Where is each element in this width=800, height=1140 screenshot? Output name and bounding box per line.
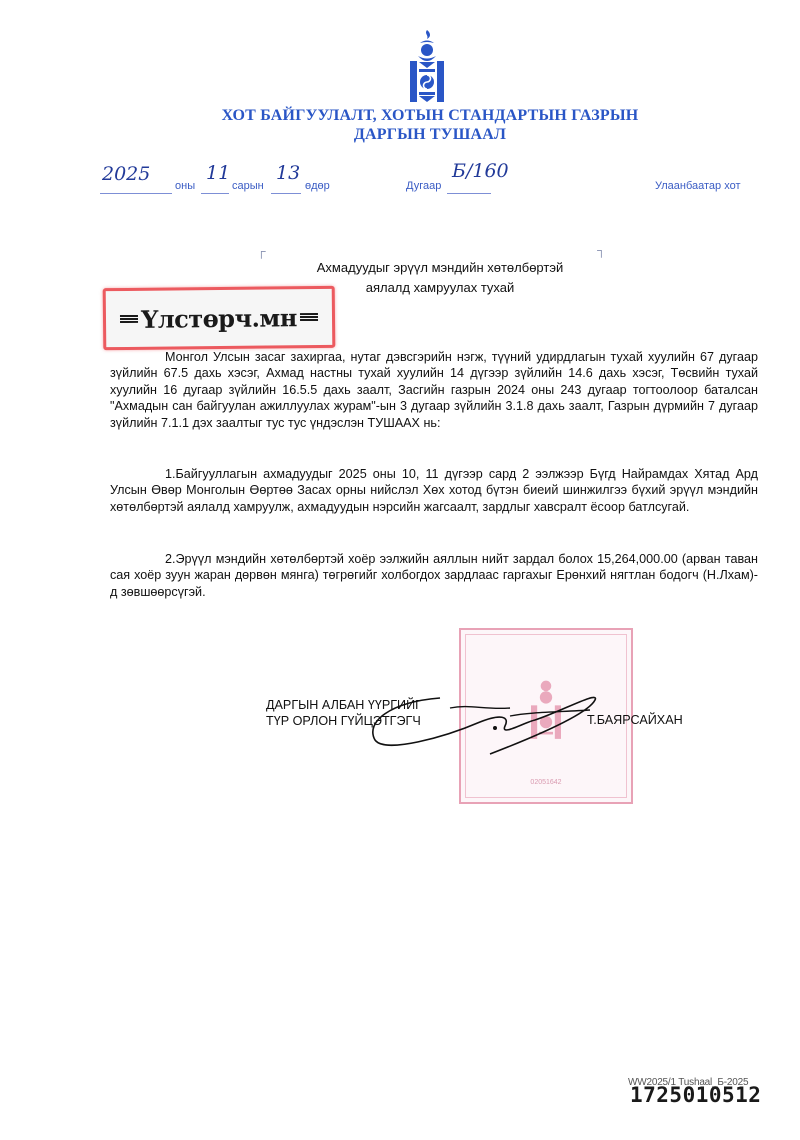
organization-title: ХОТ БАЙГУУЛАЛТ, ХОТЫН СТАНДАРТЫН ГАЗРЫН …: [0, 106, 800, 144]
org-title-line2: ДАРГЫН ТУШААЛ: [0, 125, 800, 144]
day-label: өдөр: [305, 180, 330, 192]
preamble-paragraph: Монгол Улсын засаг захиргаа, нутаг дэвсг…: [110, 349, 758, 431]
place-label: Улаанбаатар хот: [655, 180, 741, 192]
bracket-left-icon: ┌: [257, 244, 266, 258]
number-label: Дугаар: [406, 180, 441, 192]
year-label: оны: [175, 180, 195, 192]
org-title-line1: ХОТ БАЙГУУЛАЛТ, ХОТЫН СТАНДАРТЫН ГАЗРЫН: [0, 106, 800, 125]
barcode-number: 1725010512: [630, 1083, 761, 1107]
date-day: 13: [276, 162, 300, 184]
bracket-right-icon: ┐: [597, 243, 606, 257]
month-label: сарын: [232, 180, 264, 192]
handwritten-signature: [360, 682, 620, 762]
stamp-number: 02051642: [461, 779, 631, 786]
subject-heading: Ахмадуудыг эрүүл мэндийн хөтөлбөртэй аял…: [290, 258, 590, 298]
order-item-2: 2.Эрүүл мэндийн хөтөлбөртэй хоёр ээлжийн…: [110, 551, 758, 600]
watermark-logo: Үлстөрч.мн: [103, 286, 336, 350]
subject-line2: аялалд хамруулах тухай: [290, 278, 590, 298]
date-year: 2025: [102, 163, 150, 185]
order-item-1: 1.Байгууллагын ахмадуудыг 2025 оны 10, 1…: [110, 466, 758, 515]
date-month: 11: [206, 162, 230, 184]
wing-right-icon: [300, 313, 318, 321]
watermark-text: Үлстөрч.мн: [141, 303, 297, 334]
order-number: Б/160: [452, 160, 509, 182]
subject-line1: Ахмадуудыг эрүүл мэндийн хөтөлбөртэй: [290, 258, 590, 278]
dateline: 2025 оны 11 сарын 13 өдөр Дугаар Б/160 У…: [100, 168, 760, 198]
wing-left-icon: [120, 315, 138, 323]
soyombo-emblem-icon: [410, 30, 444, 108]
